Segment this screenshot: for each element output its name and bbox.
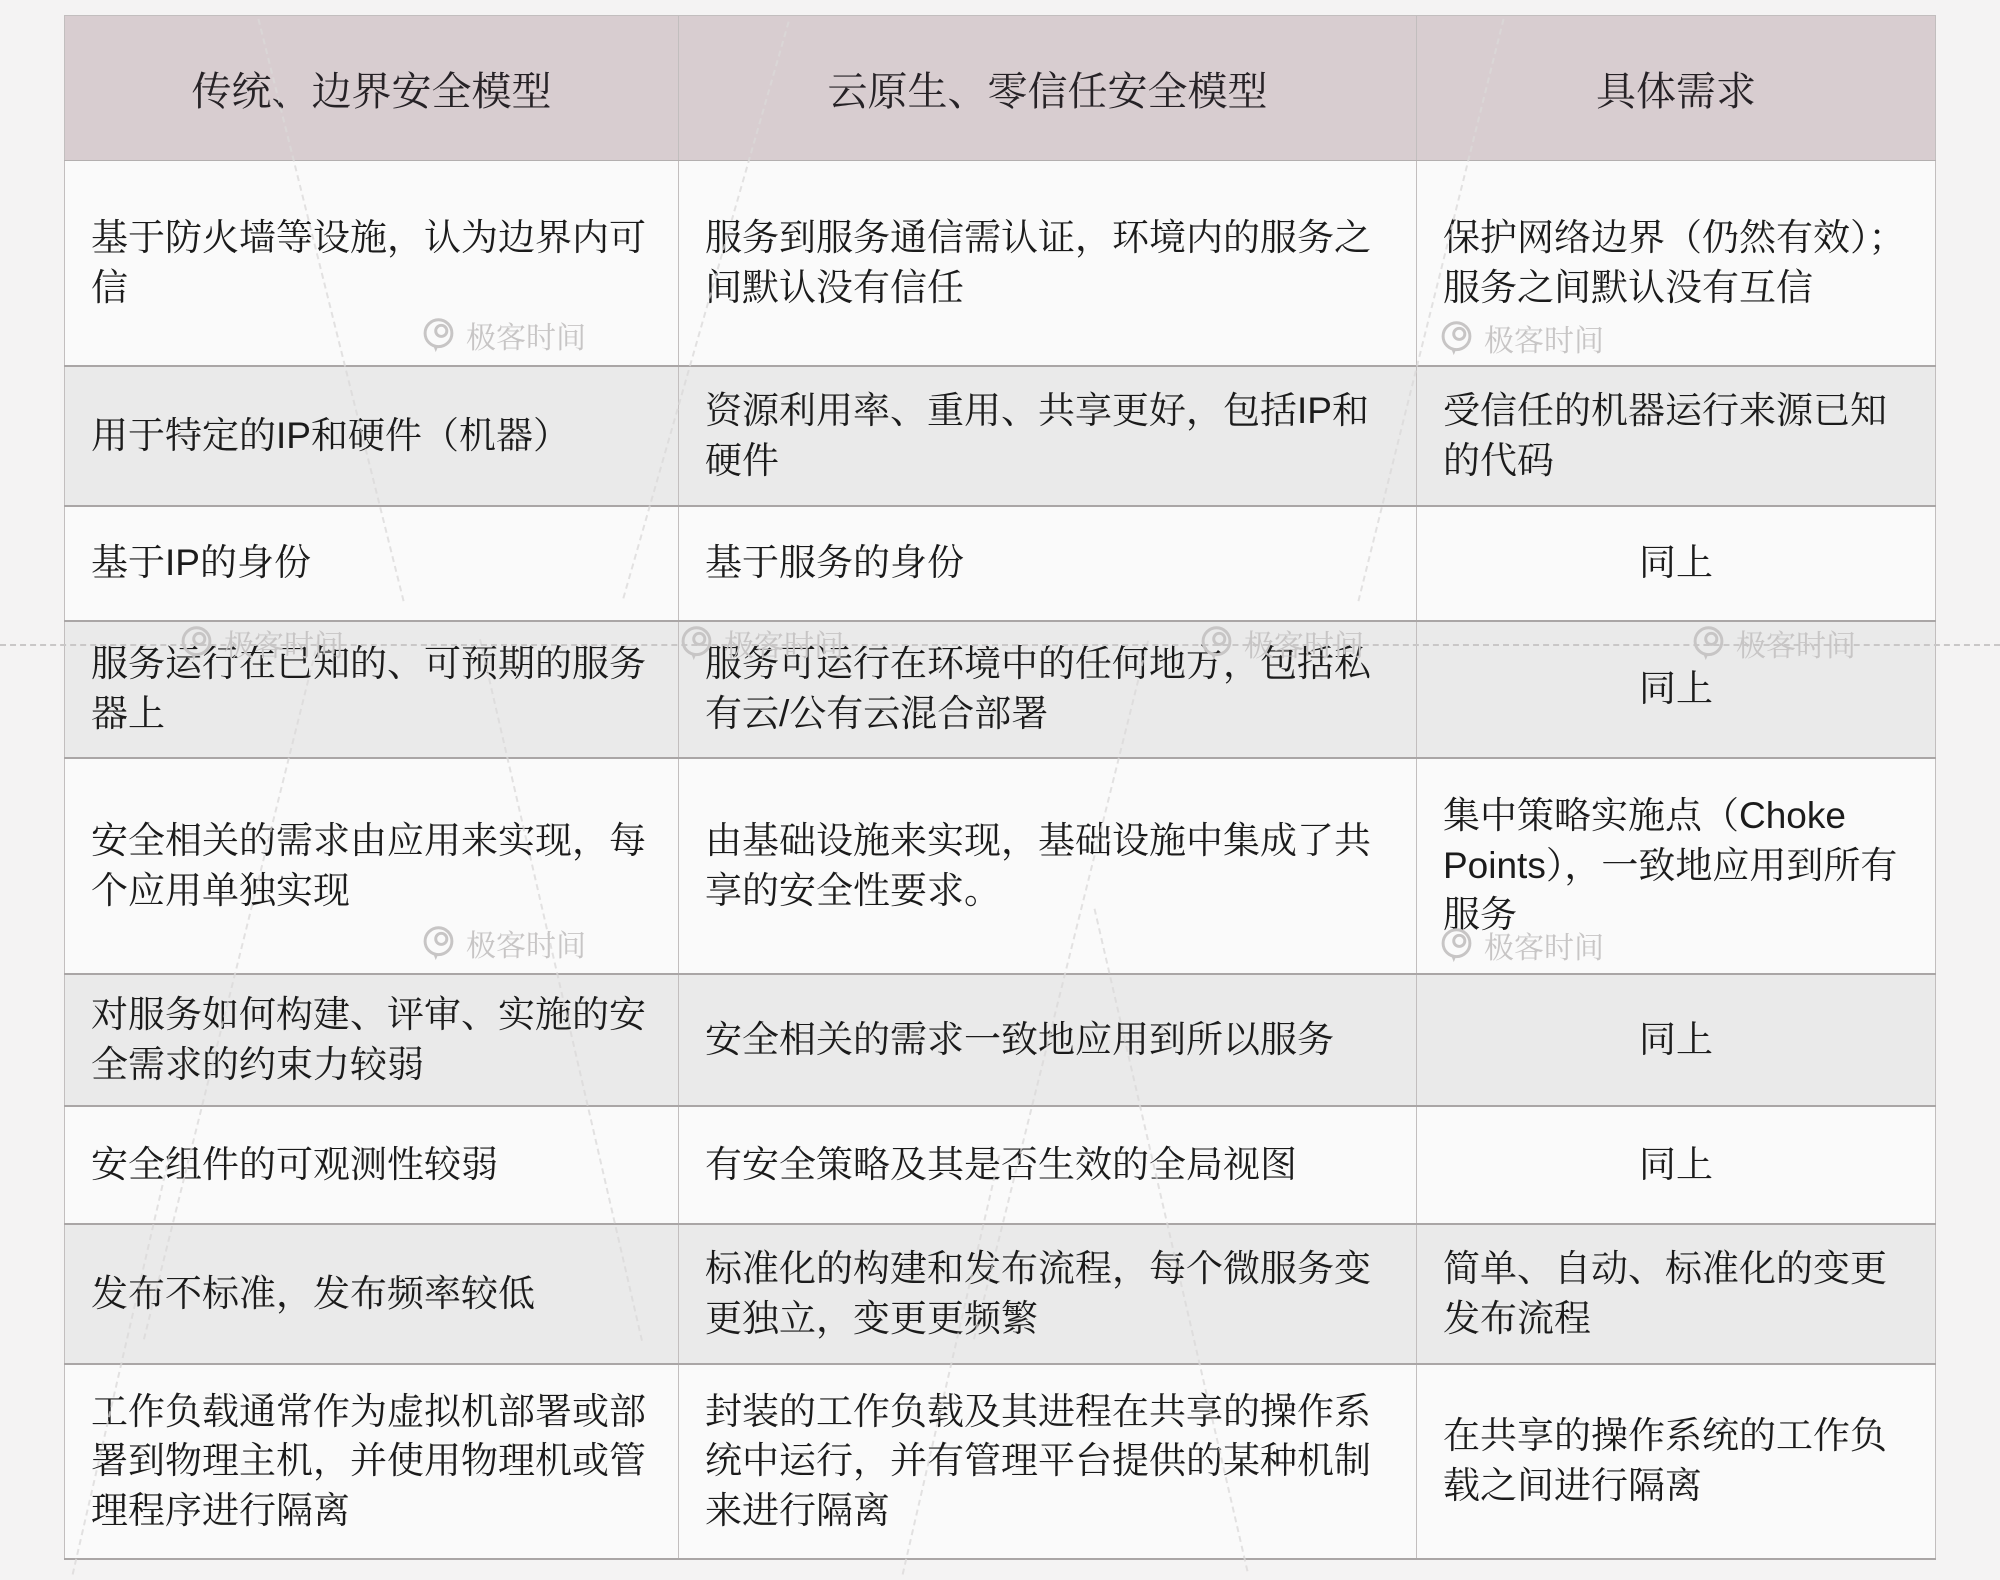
cell-cloud-native: 服务到服务通信需认证，环境内的服务之间默认没有信任 [679,161,1417,366]
cell-requirement: 同上 [1417,1106,1936,1224]
column-header-traditional: 传统、边界安全模型 [65,16,679,161]
header-row: 传统、边界安全模型 云原生、零信任安全模型 具体需求 [65,16,1936,161]
cell-requirement: 同上 [1417,974,1936,1106]
table-row: 基于IP的身份 基于服务的身份 同上 [65,506,1936,621]
cell-cloud-native: 服务可运行在环境中的任何地方，包括私有云/公有云混合部署 [679,621,1417,758]
cell-cloud-native: 基于服务的身份 [679,506,1417,621]
cell-cloud-native: 标准化的构建和发布流程，每个微服务变更独立，变更更频繁 [679,1224,1417,1364]
table-row: 安全组件的可观测性较弱 有安全策略及其是否生效的全局视图 同上 [65,1106,1936,1224]
cell-traditional: 发布不标准，发布频率较低 [65,1224,679,1364]
cell-cloud-native: 安全相关的需求一致地应用到所以服务 [679,974,1417,1106]
cell-traditional: 用于特定的IP和硬件（机器） [65,366,679,506]
table-row: 对服务如何构建、评审、实施的安全需求的约束力较弱 安全相关的需求一致地应用到所以… [65,974,1936,1106]
cell-traditional: 安全相关的需求由应用来实现，每个应用单独实现 [65,758,679,974]
column-header-cloud-native: 云原生、零信任安全模型 [679,16,1417,161]
table-row: 用于特定的IP和硬件（机器） 资源利用率、重用、共享更好，包括IP和硬件 受信任… [65,366,1936,506]
cell-requirement: 保护网络边界（仍然有效）；服务之间默认没有互信 [1417,161,1936,366]
cell-requirement: 受信任的机器运行来源已知的代码 [1417,366,1936,506]
comparison-table: 传统、边界安全模型 云原生、零信任安全模型 具体需求 基于防火墙等设施，认为边界… [64,15,1936,1560]
cell-traditional: 服务运行在已知的、可预期的服务器上 [65,621,679,758]
page: 传统、边界安全模型 云原生、零信任安全模型 具体需求 基于防火墙等设施，认为边界… [0,0,2000,1580]
cell-traditional: 对服务如何构建、评审、实施的安全需求的约束力较弱 [65,974,679,1106]
cell-traditional: 基于IP的身份 [65,506,679,621]
table-row: 基于防火墙等设施，认为边界内可信 服务到服务通信需认证，环境内的服务之间默认没有… [65,161,1936,366]
cell-requirement: 集中策略实施点（Choke Points），一致地应用到所有服务 [1417,758,1936,974]
cell-cloud-native: 资源利用率、重用、共享更好，包括IP和硬件 [679,366,1417,506]
cell-cloud-native: 由基础设施来实现，基础设施中集成了共享的安全性要求。 [679,758,1417,974]
table-header: 传统、边界安全模型 云原生、零信任安全模型 具体需求 [65,16,1936,161]
table-body: 基于防火墙等设施，认为边界内可信 服务到服务通信需认证，环境内的服务之间默认没有… [65,161,1936,1559]
cell-requirement: 在共享的操作系统的工作负载之间进行隔离 [1417,1364,1936,1559]
table-row: 安全相关的需求由应用来实现，每个应用单独实现 由基础设施来实现，基础设施中集成了… [65,758,1936,974]
cell-requirement: 同上 [1417,621,1936,758]
cell-cloud-native: 封装的工作负载及其进程在共享的操作系统中运行，并有管理平台提供的某种机制来进行隔… [679,1364,1417,1559]
cell-requirement: 同上 [1417,506,1936,621]
cell-cloud-native: 有安全策略及其是否生效的全局视图 [679,1106,1417,1224]
table-row: 发布不标准，发布频率较低 标准化的构建和发布流程，每个微服务变更独立，变更更频繁… [65,1224,1936,1364]
cell-traditional: 工作负载通常作为虚拟机部署或部署到物理主机，并使用物理机或管理程序进行隔离 [65,1364,679,1559]
column-header-requirement: 具体需求 [1417,16,1936,161]
table-row: 工作负载通常作为虚拟机部署或部署到物理主机，并使用物理机或管理程序进行隔离 封装… [65,1364,1936,1559]
cell-requirement: 简单、自动、标准化的变更发布流程 [1417,1224,1936,1364]
cell-traditional: 基于防火墙等设施，认为边界内可信 [65,161,679,366]
cell-traditional: 安全组件的可观测性较弱 [65,1106,679,1224]
table-row: 服务运行在已知的、可预期的服务器上 服务可运行在环境中的任何地方，包括私有云/公… [65,621,1936,758]
